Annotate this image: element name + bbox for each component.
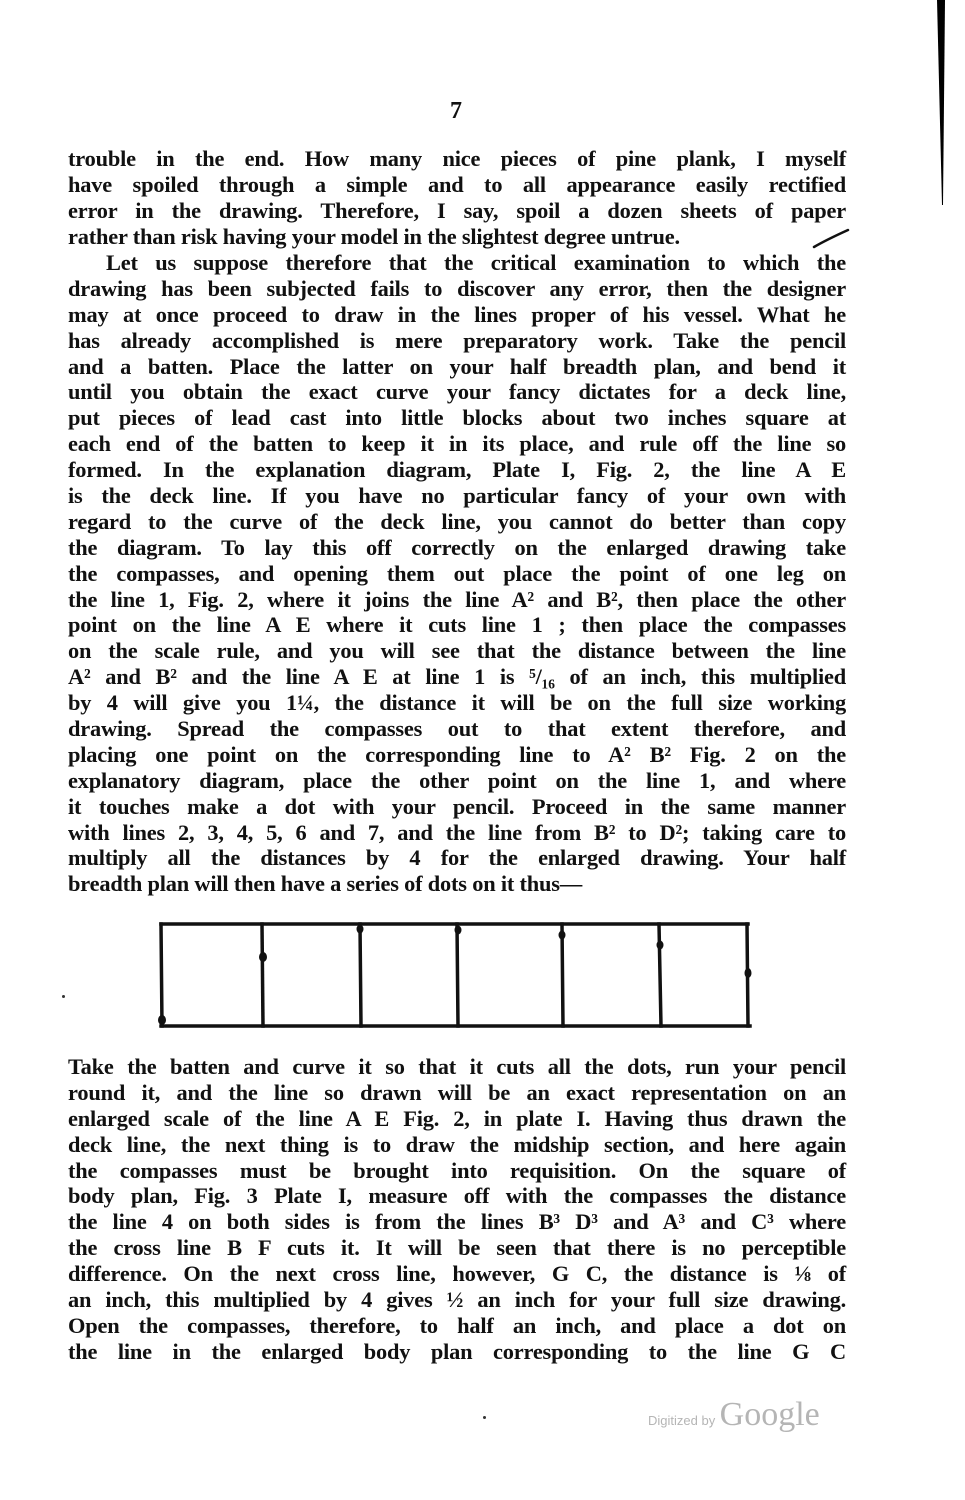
text-line: on the scale rule, and you will see that… bbox=[68, 638, 846, 664]
text-line: body plan, Fig. 3 Plate I, measure off w… bbox=[68, 1183, 846, 1209]
text-line: have spoiled through a simple and to all… bbox=[68, 172, 846, 198]
paragraph-2: Let us suppose therefore that the critic… bbox=[68, 250, 846, 897]
text-line: error in the drawing. Therefore, I say, … bbox=[68, 198, 846, 224]
text-line: the line 1, Fig. 2, where it joins the l… bbox=[68, 587, 846, 613]
text-line: the compasses, and opening them out plac… bbox=[68, 561, 846, 587]
text-line: put pieces of lead cast into little bloc… bbox=[68, 405, 846, 431]
text-line: is the deck line. If you have no particu… bbox=[68, 483, 846, 509]
text-line: Take the batten and curve it so that it … bbox=[68, 1054, 846, 1080]
half-breadth-dots-figure bbox=[158, 918, 754, 1034]
text-line: trouble in the end. How many nice pieces… bbox=[68, 146, 846, 172]
text-line: round it, and the line so drawn will be … bbox=[68, 1080, 846, 1106]
text-line: the line 4 on both sides is from the lin… bbox=[68, 1209, 846, 1235]
text-line: each end of the batten to keep it in its… bbox=[68, 431, 846, 457]
text-line: point on the line A E where it cuts line… bbox=[68, 612, 846, 638]
text-line: deck line, the next thing is to draw the… bbox=[68, 1132, 846, 1158]
text-line: the cross line B F cuts it. It will be s… bbox=[68, 1235, 846, 1261]
text-line: formed. In the explanation diagram, Plat… bbox=[68, 457, 846, 483]
scan-speck bbox=[483, 1416, 486, 1419]
page-number: 7 bbox=[0, 98, 912, 125]
text-line: rather than risk having your model in th… bbox=[68, 224, 846, 250]
watermark-prefix: Digitized by bbox=[648, 1413, 715, 1428]
text-line: drawing has been subjected fails to disc… bbox=[68, 276, 846, 302]
watermark-brand: Google bbox=[720, 1396, 820, 1433]
text-line: enlarged scale of the line A E Fig. 2, i… bbox=[68, 1106, 846, 1132]
paragraph-1: trouble in the end. How many nice pieces… bbox=[68, 146, 846, 250]
text-line: the compasses must be brought into requi… bbox=[68, 1158, 846, 1184]
text-line: the line in the enlarged body plan corre… bbox=[68, 1339, 846, 1365]
text-line: by 4 will give you 1¼, the distance it w… bbox=[68, 690, 846, 716]
text-line: drawing. Spread the compasses out to tha… bbox=[68, 716, 846, 742]
text-line: A² and B² and the line A E at line 1 is … bbox=[68, 664, 846, 690]
text-line: may at once proceed to draw in the lines… bbox=[68, 302, 846, 328]
text-line: breadth plan will then have a series of … bbox=[68, 871, 846, 897]
text-line: Open the compasses, therefore, to half a… bbox=[68, 1313, 846, 1339]
text-line: until you obtain the exact curve your fa… bbox=[68, 379, 846, 405]
paragraph-3: Take the batten and curve it so that it … bbox=[68, 1054, 846, 1365]
pencil-check-mark bbox=[812, 228, 850, 250]
text-line: and a batten. Place the latter on your h… bbox=[68, 354, 846, 380]
scan-speck bbox=[62, 995, 65, 998]
text-line: with lines 2, 3, 4, 5, 6 and 7, and the … bbox=[68, 820, 846, 846]
text-line: placing one point on the corresponding l… bbox=[68, 742, 846, 768]
text-line: an inch, this multiplied by 4 gives ½ an… bbox=[68, 1287, 846, 1313]
text-line: the diagram. To lay this off correctly o… bbox=[68, 535, 846, 561]
text-line: regard to the curve of the deck line, yo… bbox=[68, 509, 846, 535]
text-line: it touches make a dot with your pencil. … bbox=[68, 794, 846, 820]
text-line: Let us suppose therefore that the critic… bbox=[68, 250, 846, 276]
text-line: explanatory diagram, place the other poi… bbox=[68, 768, 846, 794]
digitized-by-google-watermark: Digitized by Google bbox=[648, 1396, 820, 1434]
text-line: has already accomplished is mere prepara… bbox=[68, 328, 846, 354]
text-line: difference. On the next cross line, howe… bbox=[68, 1261, 846, 1287]
text-line: multiply all the distances by 4 for the … bbox=[68, 845, 846, 871]
scan-edge-artifact bbox=[937, 0, 947, 210]
